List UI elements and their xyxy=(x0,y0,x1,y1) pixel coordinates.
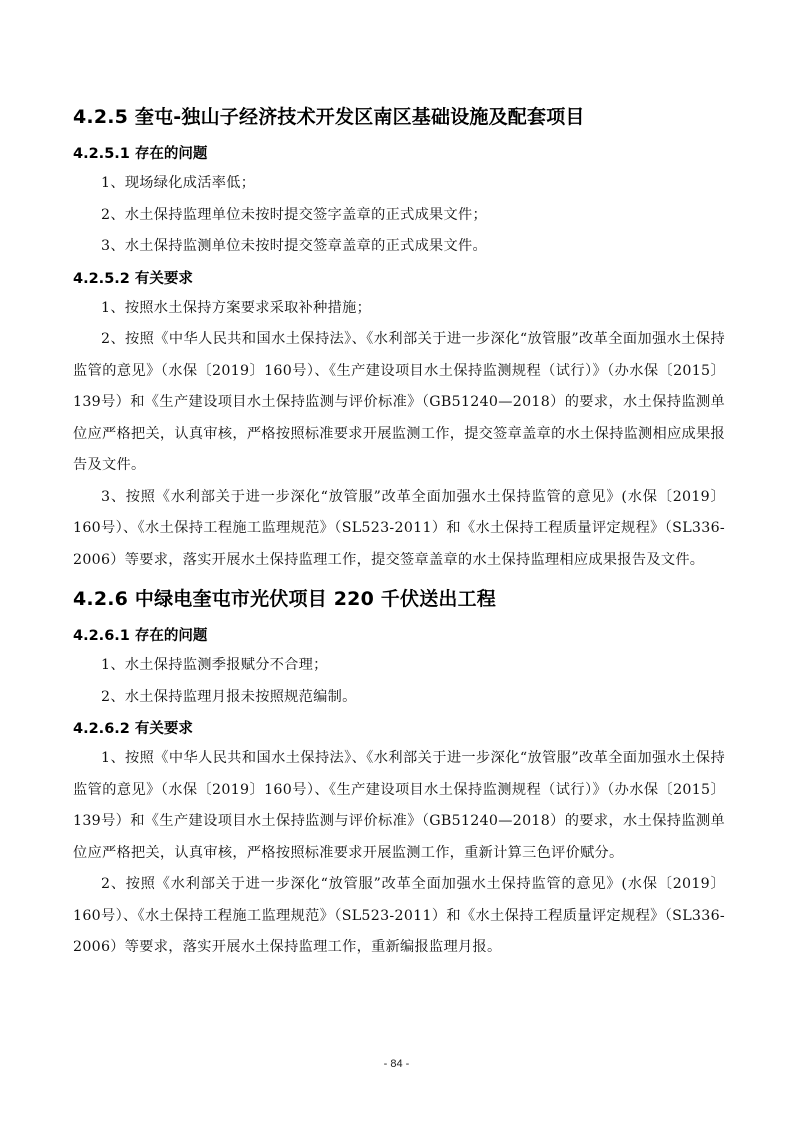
problem-item: 2、水土保持监理月报未按照规范编制。 xyxy=(73,682,725,714)
problem-item: 2、水土保持监理单位未按时提交签字盖章的正式成果文件； xyxy=(73,200,725,232)
subsection-heading-requirements: 4.2.6.2 有关要求 xyxy=(73,719,725,739)
page-number: - 84 - xyxy=(0,1058,793,1070)
problem-item: 3、水土保持监测单位未按时提交签章盖章的正式成果文件。 xyxy=(73,231,725,263)
requirement-item: 1、按照水土保持方案要求采取补种措施； xyxy=(73,293,725,325)
subsection-heading-problems: 4.2.6.1 存在的问题 xyxy=(73,626,725,646)
requirement-item: 2、按照《水利部关于进一步深化“放管服”改革全面加强水土保持监管的意见》(水保〔… xyxy=(73,869,725,964)
subsection-heading-problems: 4.2.5.1 存在的问题 xyxy=(73,144,725,164)
section-heading: 4.2.6 中绿电奎屯市光伏项目 220 千伏送出工程 xyxy=(73,586,725,612)
requirement-item: 1、按照《中华人民共和国水土保持法》、《水利部关于进一步深化“放管服”改革全面加… xyxy=(73,743,725,869)
document-page: 4.2.5 奎屯-独山子经济技术开发区南区基础设施及配套项目 4.2.5.1 存… xyxy=(73,104,725,964)
section-heading: 4.2.5 奎屯-独山子经济技术开发区南区基础设施及配套项目 xyxy=(73,104,725,130)
requirement-item: 3、按照《水利部关于进一步深化“放管服”改革全面加强水土保持监管的意见》(水保〔… xyxy=(73,482,725,577)
problem-item: 1、水土保持监测季报赋分不合理； xyxy=(73,650,725,682)
problem-item: 1、现场绿化成活率低； xyxy=(73,168,725,200)
subsection-heading-requirements: 4.2.5.2 有关要求 xyxy=(73,269,725,289)
requirement-item: 2、按照《中华人民共和国水土保持法》、《水利部关于进一步深化“放管服”改革全面加… xyxy=(73,324,725,482)
section-4-2-5: 4.2.5 奎屯-独山子经济技术开发区南区基础设施及配套项目 4.2.5.1 存… xyxy=(73,104,725,576)
section-4-2-6: 4.2.6 中绿电奎屯市光伏项目 220 千伏送出工程 4.2.6.1 存在的问… xyxy=(73,586,725,964)
